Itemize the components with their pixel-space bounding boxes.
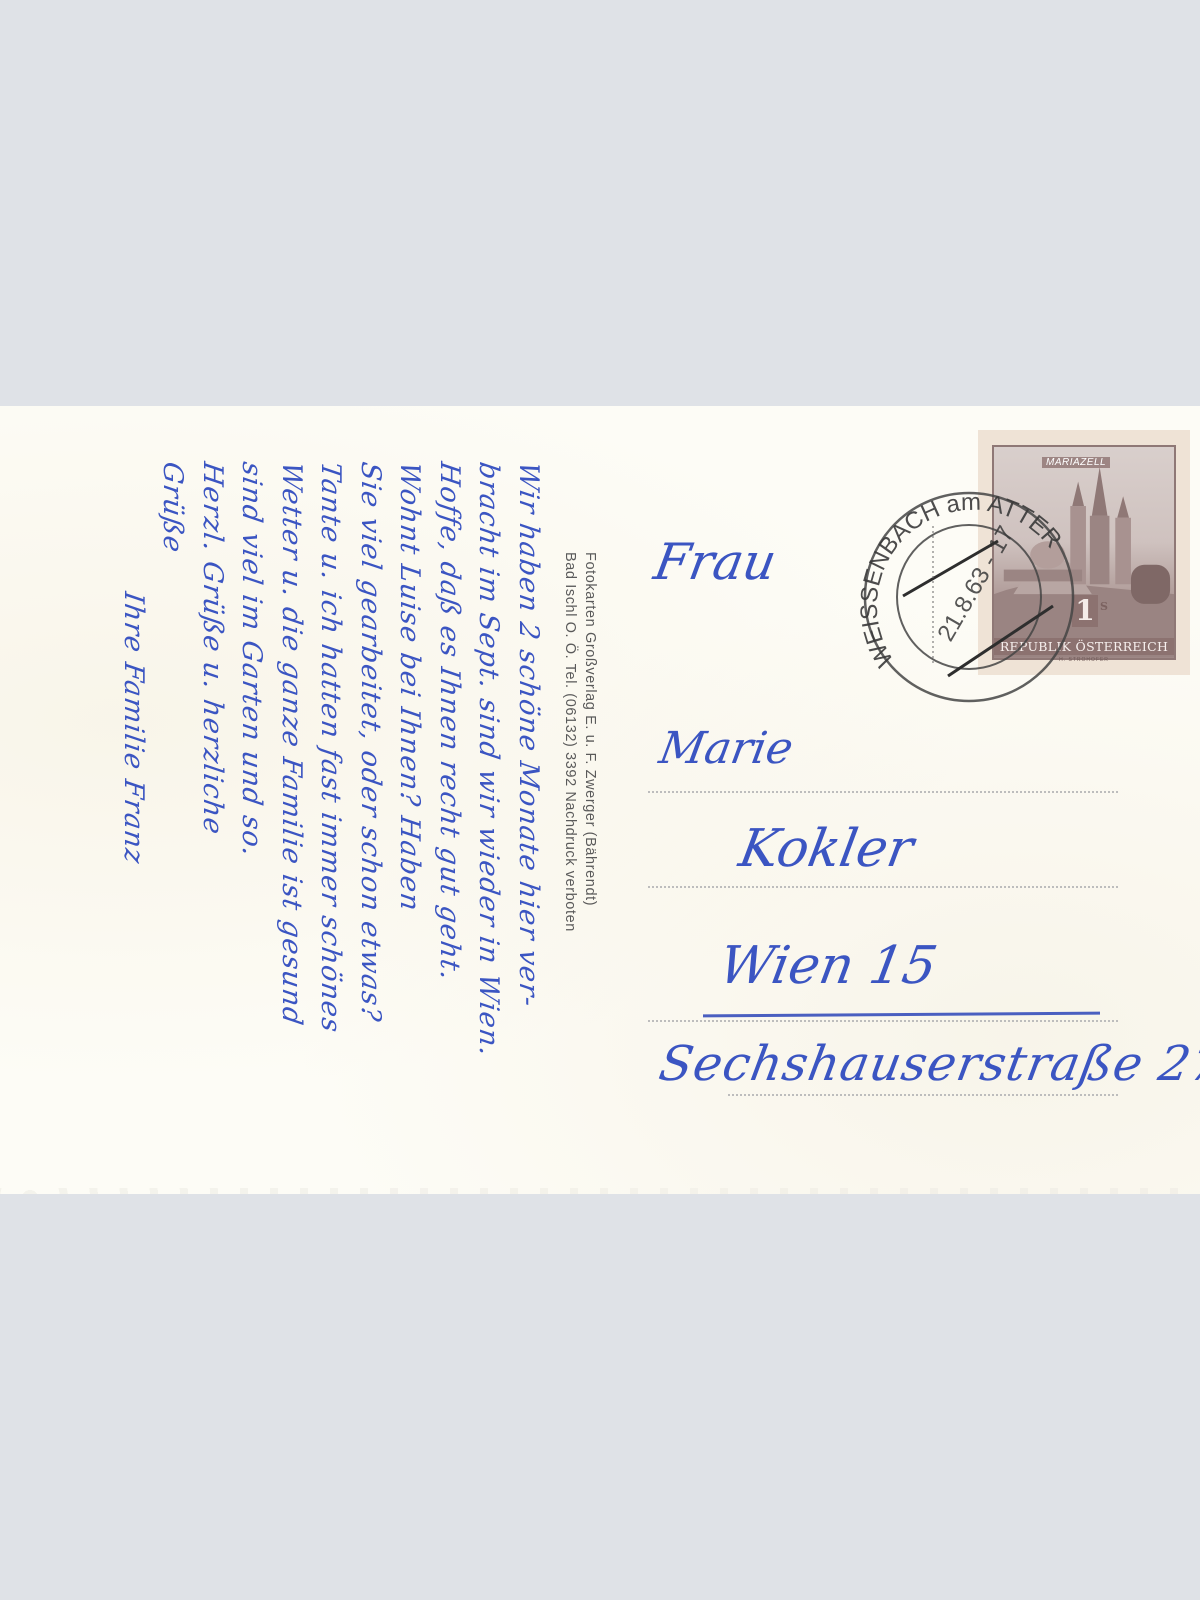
message-line: Wohnt Luise bei Ihnen? Haben: [390, 459, 430, 1185]
message-line: Wir haben 2 schöne Monate hier ver-: [509, 459, 549, 1185]
message-signature: Ihre Familie Franz: [114, 459, 154, 1185]
address-rule: [648, 886, 1118, 888]
message-line: bracht im Sept. sind wir wieder in Wien.: [469, 459, 509, 1185]
stamp-place-label: MARIAZELL: [1042, 457, 1110, 468]
message-line: Herzl. Grüße u. herzliche: [193, 459, 233, 1185]
stamp-value: 1: [1075, 594, 1094, 627]
stamp-denomination: 1S: [1072, 595, 1098, 627]
publisher-line-1: Fotokarten Großverlag E. u. F. Zwerger (…: [580, 552, 600, 932]
postcard: Fotokarten Großverlag E. u. F. Zwerger (…: [0, 406, 1200, 1194]
message-line: Hoffe, daß es Ihnen recht gut geht.: [430, 459, 470, 1185]
message-line: Wetter u. die ganze Familie ist gesund: [272, 459, 312, 1185]
city-underline: [703, 1012, 1100, 1018]
message-area: Fotokarten Großverlag E. u. F. Zwerger (…: [20, 422, 600, 1182]
publisher-line-2: Bad Ischl O. Ö. Tel. (06132) 3392 Nachdr…: [560, 552, 580, 932]
address-city: Wien 15: [715, 936, 942, 996]
stamp-currency: S: [1100, 591, 1108, 623]
address-rule: [648, 1020, 1118, 1022]
postage-stamp: MARIAZELL 1S REPUBLIK ÖSTERREICH H. STRO…: [978, 430, 1190, 675]
publisher-imprint: Fotokarten Großverlag E. u. F. Zwerger (…: [560, 552, 600, 932]
stamp-country: REPUBLIK ÖSTERREICH: [994, 638, 1174, 655]
address-street: Sechshauserstraße 27: [655, 1036, 1200, 1092]
stamp-artist: H. STROHOFER: [994, 657, 1174, 663]
address-rule: [648, 791, 1118, 793]
address-salutation: Frau: [650, 533, 781, 591]
address-last-name: Kokler: [735, 819, 918, 879]
message-line: Grüße: [153, 459, 193, 1185]
message-line: Tante u. ich hatten fast immer schönes: [311, 459, 351, 1185]
handwritten-message: Wir haben 2 schöne Monate hier ver-brach…: [114, 462, 549, 1182]
message-line: Sie viel gearbeitet, oder schon etwas?: [351, 459, 391, 1185]
message-line: sind viel im Garten und so.: [232, 459, 272, 1185]
address-rule: [728, 1094, 1118, 1096]
address-first-name: Marie: [656, 723, 797, 774]
